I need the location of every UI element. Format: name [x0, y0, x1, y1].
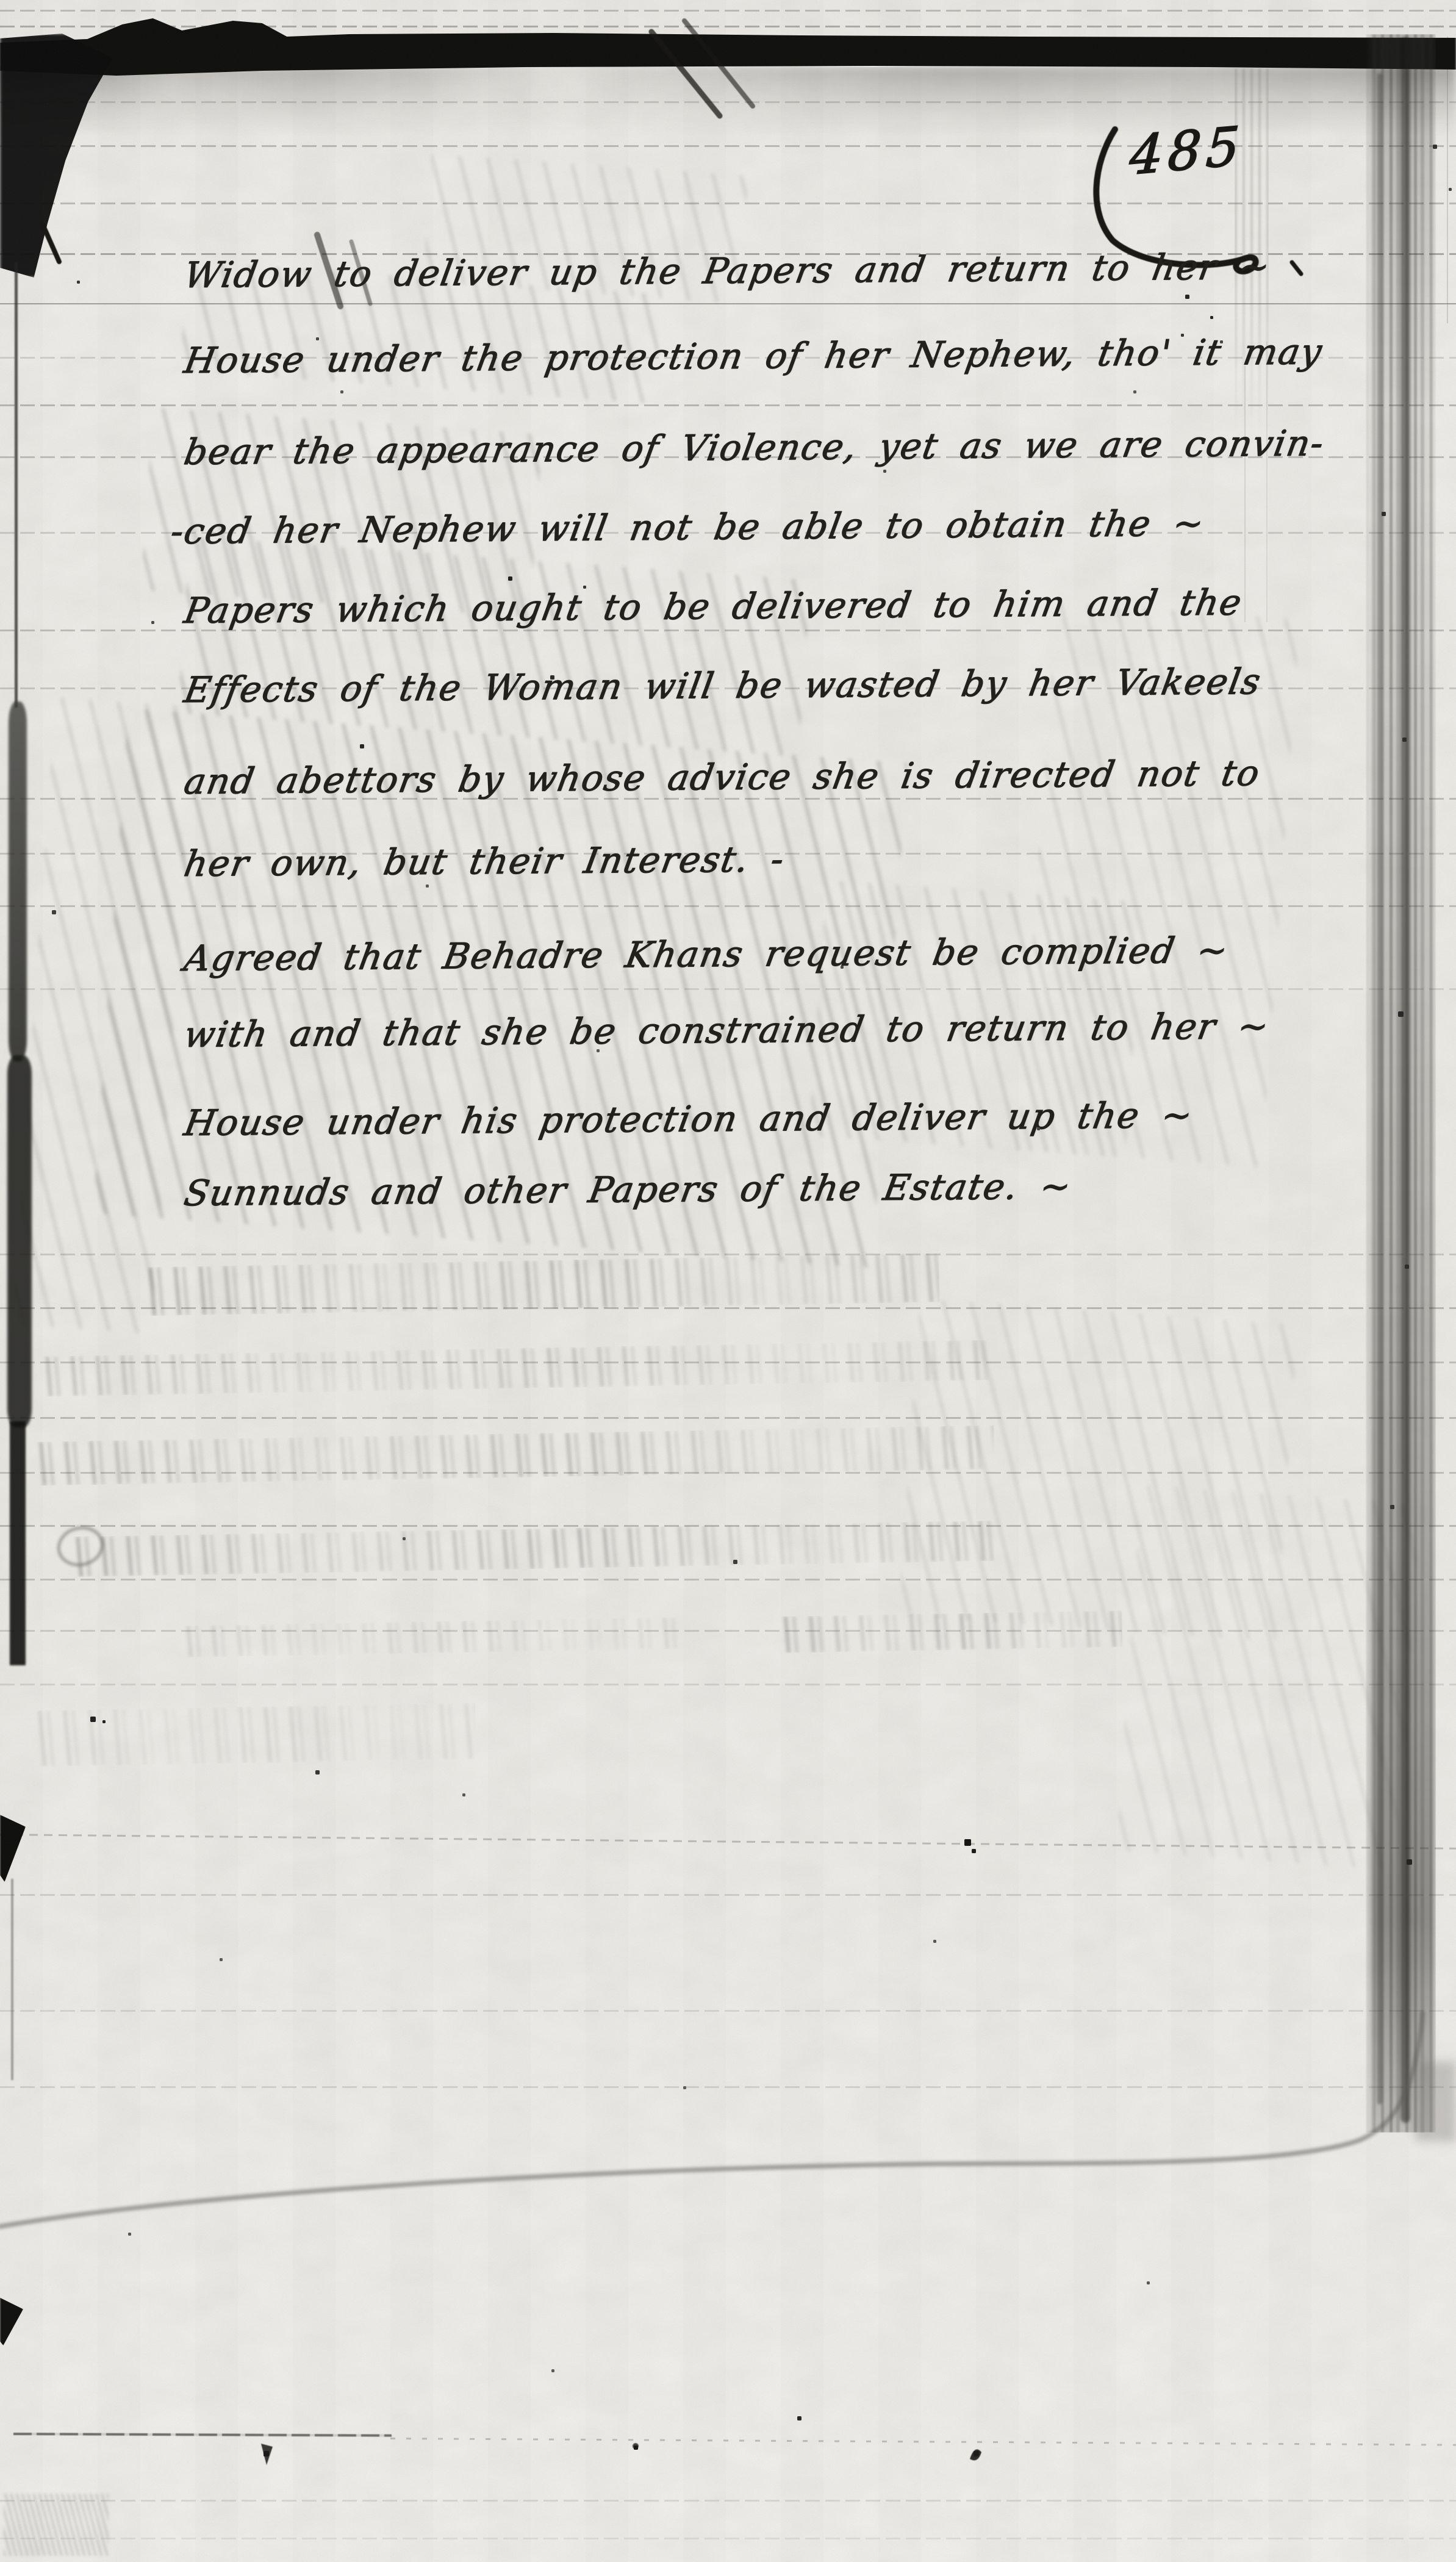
manuscript-line: and abettors by whose advice she is dire…: [182, 755, 1287, 799]
ink-blot: [633, 2443, 639, 2449]
page-number-value: 485: [1128, 115, 1246, 187]
bleedthrough-smudge: [36, 1425, 994, 1485]
ink-blot: [261, 2444, 273, 2465]
scan-line: [0, 1894, 1456, 1896]
bleedthrough-smudge: [183, 1617, 684, 1657]
page-number: 485: [1128, 115, 1246, 187]
page-outer-edge: [1447, 37, 1448, 323]
bleedthrough-smudge: [73, 1521, 995, 1577]
left-edge-shadow: [7, 1055, 32, 1427]
manuscript-line: Sunnuds and other Papers of the Estate. …: [182, 1167, 1287, 1211]
binding-strip-core: [1377, 73, 1382, 2104]
manuscript-line: Agreed that Behadre Khans request be com…: [182, 932, 1287, 976]
manuscript-line: House under the protection of her Nephew…: [182, 334, 1287, 378]
manuscript-line: bear the appearance of Violence, yet as …: [182, 426, 1287, 470]
manuscript-line: Papers which ought to be delivered to hi…: [182, 584, 1287, 628]
scan-corner-shadow: [0, 34, 113, 278]
left-edge-shadow: [10, 1421, 26, 1665]
underpage-edge-curve: [0, 2013, 1422, 2226]
vertical-hairline: [1266, 342, 1268, 622]
binding-strip-core: [1400, 37, 1410, 2123]
ink-specks: [0, 0, 1, 1]
scan-line: [0, 2538, 1456, 2539]
manuscript-line: Widow to deliver up the Papers and retur…: [182, 249, 1287, 293]
ink-blot: [970, 2449, 981, 2460]
manuscript-page: 485 Widow to deliver up the Papers and r…: [0, 0, 1456, 2562]
manuscript-line: -ced her Nephew will not be able to obta…: [168, 505, 1274, 549]
left-edge-wedge: [0, 1815, 26, 1882]
left-edge-line: [11, 1879, 13, 2080]
scan-line: [0, 2500, 1456, 2502]
left-edge-wedge: [0, 2294, 23, 2345]
scan-line: [0, 2010, 1456, 2012]
scan-line: [0, 10, 1456, 12]
manuscript-line: Effects of the Woman will be wasted by h…: [182, 664, 1287, 708]
scan-artifact-line: [13, 2433, 392, 2437]
scan-artifact-line: [390, 2438, 1456, 2446]
manuscript-line: with and that she be constrained to retu…: [182, 1008, 1287, 1052]
bleedthrough-smudge: [12, 697, 195, 1334]
scan-line: [0, 2086, 1456, 2088]
binding-shadow: [1415, 2062, 1456, 2141]
bottom-left-smudge: [4, 2494, 109, 2556]
manuscript-line: House under his protection and deliver u…: [182, 1097, 1287, 1141]
left-edge-line: [15, 262, 18, 708]
left-edge-shadow: [9, 701, 27, 1061]
bleedthrough-smudge: [36, 1703, 476, 1767]
bleedthrough-smudge: [43, 1340, 995, 1396]
